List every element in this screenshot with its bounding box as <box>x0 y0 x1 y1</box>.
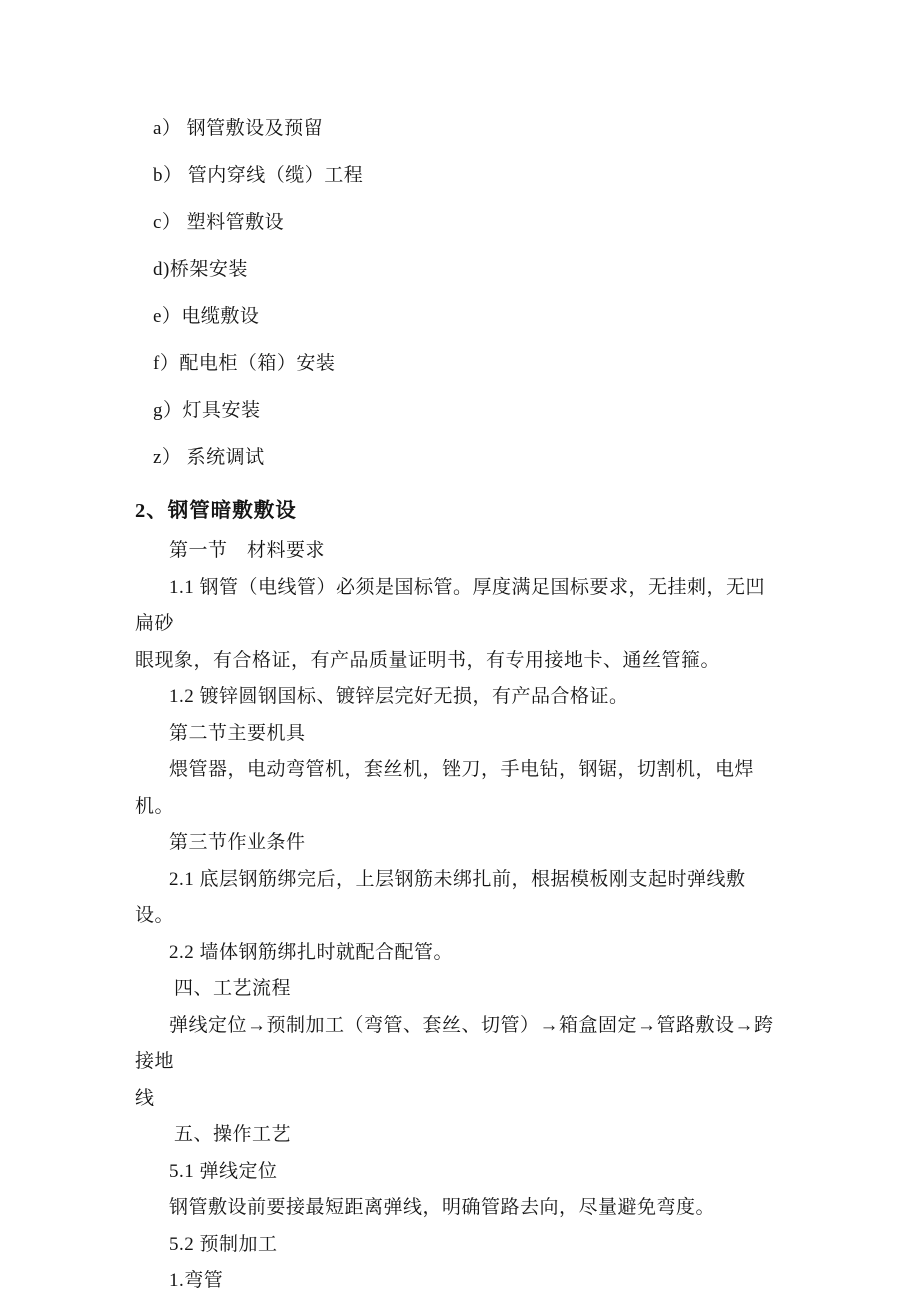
paragraph: 1.2 镀锌圆钢国标、镀锌层完好无损，有产品合格证。 <box>135 679 781 716</box>
list-item: g）灯具安装 <box>135 393 781 429</box>
list-item: z） 系统调试 <box>135 440 781 476</box>
list-item: c） 塑料管敷设 <box>135 205 781 241</box>
paragraph-continuation: 眼现象，有合格证，有产品质量证明书，有专用接地卡、通丝管箍。 <box>135 643 781 680</box>
list-item: a） 钢管敷设及预留 <box>135 111 781 147</box>
paragraph: 2.1 底层钢筋绑完后，上层钢筋未绑扎前，根据模板刚支起时弹线敷设。 <box>135 862 781 935</box>
paragraph-continuation: 线 <box>135 1081 781 1118</box>
paragraph: 1.弯管 <box>135 1263 781 1300</box>
paragraph: 1.1 钢管（电线管）必须是国标管。厚度满足国标要求，无挂刺，无凹扁砂 <box>135 570 781 643</box>
paragraph: 弹线定位→预制加工（弯管、套丝、切管）→箱盒固定→管路敷设→跨接地 <box>135 1008 781 1081</box>
list-item: d)桥架安装 <box>135 252 781 288</box>
paragraph: 第三节作业条件 <box>135 825 781 862</box>
paragraph: 第一节 材料要求 <box>135 533 781 570</box>
document-content: a） 钢管敷设及预留 b） 管内穿线（缆）工程 c） 塑料管敷设 d)桥架安装 … <box>135 111 781 1300</box>
section-heading: 2、钢管暗敷敷设 <box>135 493 781 530</box>
document-page: a） 钢管敷设及预留 b） 管内穿线（缆）工程 c） 塑料管敷设 d)桥架安装 … <box>0 0 920 1302</box>
paragraph: 5.2 预制加工 <box>135 1227 781 1264</box>
list-item: b） 管内穿线（缆）工程 <box>135 158 781 194</box>
paragraph: 四、工艺流程 <box>135 971 781 1008</box>
paragraph: 第二节主要机具 <box>135 716 781 753</box>
paragraph: 5.1 弹线定位 <box>135 1154 781 1191</box>
paragraph: 钢管敷设前要接最短距离弹线，明确管路去向，尽量避免弯度。 <box>135 1190 781 1227</box>
list-item: e）电缆敷设 <box>135 299 781 335</box>
paragraph: 煨管器，电动弯管机，套丝机，锉刀，手电钻，钢锯，切割机，电焊机。 <box>135 752 781 825</box>
paragraph: 五、操作工艺 <box>135 1117 781 1154</box>
paragraph: 2.2 墙体钢筋绑扎时就配合配管。 <box>135 935 781 972</box>
list-item: f）配电柜（箱）安装 <box>135 346 781 382</box>
